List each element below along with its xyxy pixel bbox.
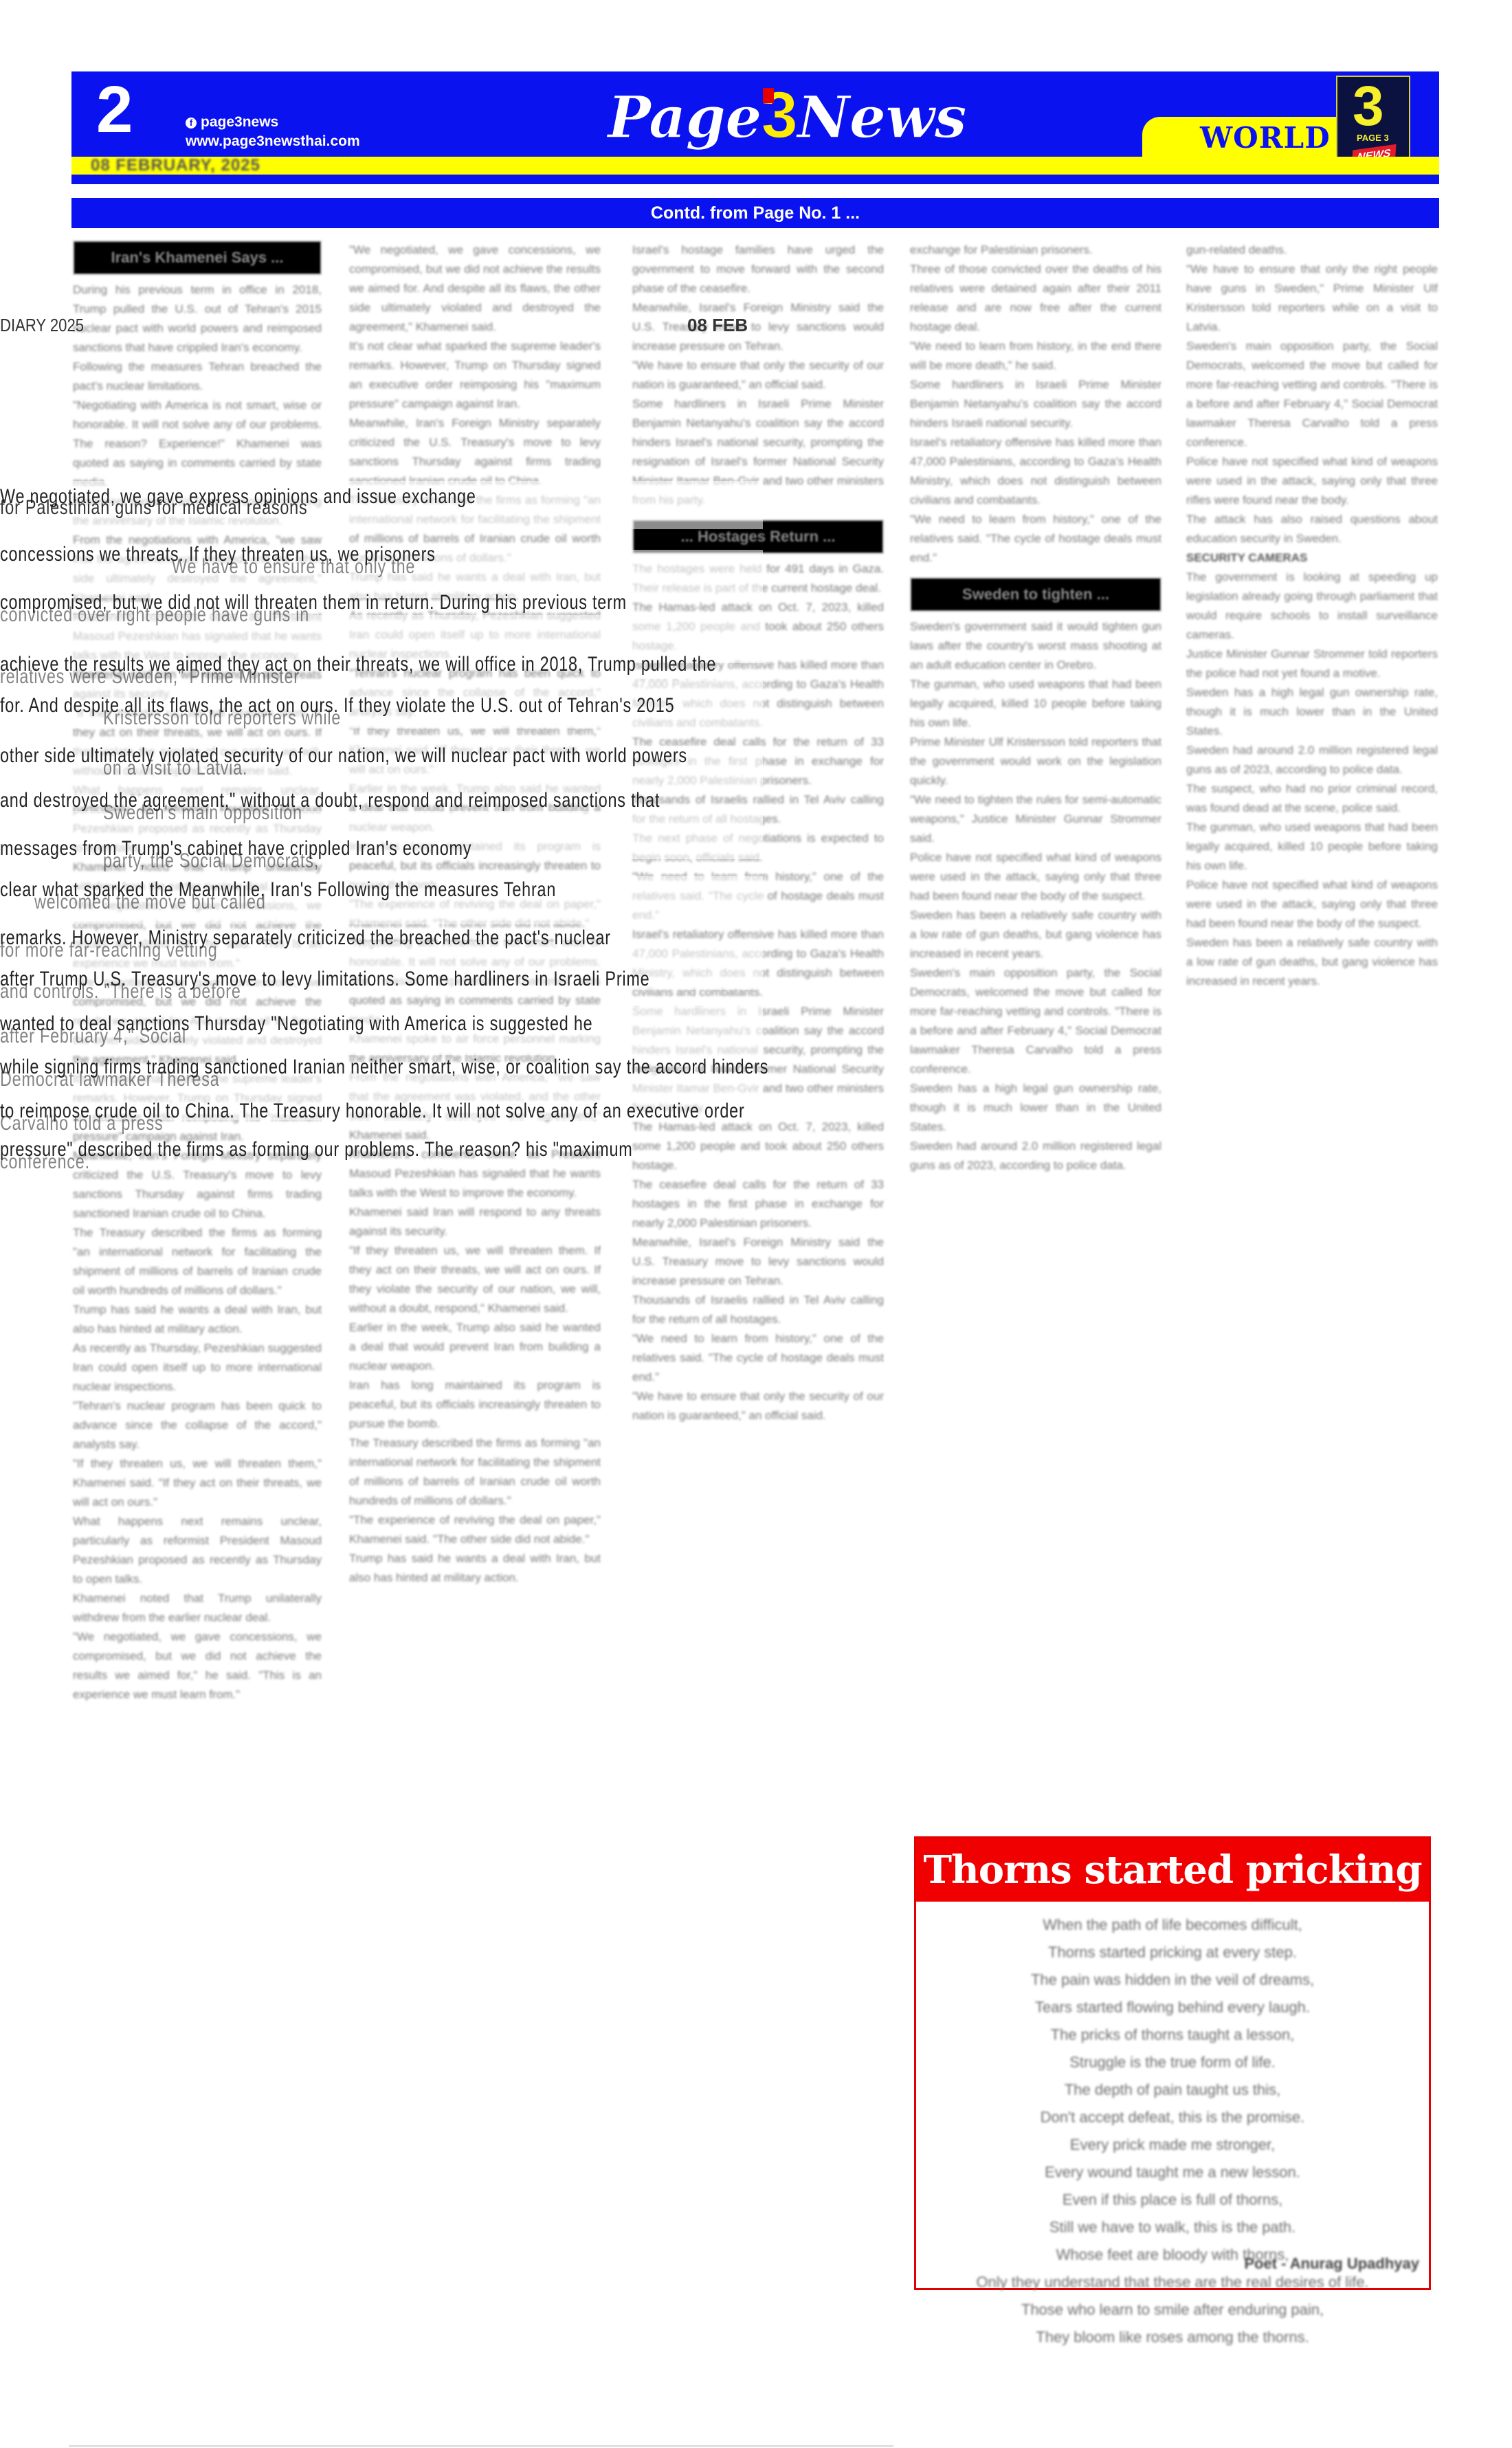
paragraph: What happens next remains unclear, parti… xyxy=(73,1512,322,1589)
poem-line: Only they understand that these are the … xyxy=(916,2269,1429,2296)
paragraph: "The experience of reviving the deal on … xyxy=(349,1511,601,1549)
poem-line: Don't accept defeat, this is the promise… xyxy=(916,2104,1429,2131)
subheading-security-cameras: SECURITY CAMERAS xyxy=(1186,548,1438,568)
paragraph: "We have to ensure that only the right p… xyxy=(1186,260,1438,337)
overlay-line: and destroyed the agreement," without a … xyxy=(0,790,660,811)
paragraph: Sweden has been a relatively safe countr… xyxy=(910,906,1161,964)
newspaper-logo: Page3News xyxy=(608,82,966,148)
paragraph: gun-related deaths. xyxy=(1186,241,1438,260)
paragraph: Sweden's main opposition party, the Soci… xyxy=(910,964,1161,1079)
paragraph: "We need to learn from history, in the e… xyxy=(910,337,1161,375)
facebook-handle[interactable]: page3news xyxy=(201,114,278,130)
facebook-line: fpage3news xyxy=(186,113,360,132)
section-header: Iran's Khamenei Says ... xyxy=(73,241,322,275)
section-header: Sweden to tighten ... xyxy=(910,577,1161,612)
poem-line: Even if this place is full of thorns, xyxy=(916,2186,1429,2214)
paragraph: The gunman, who used weapons that had be… xyxy=(910,675,1161,733)
overlapping-text-overlay: We negotiated, we gave express opinions … xyxy=(0,474,763,1168)
poem-line: Every prick made me stronger, xyxy=(916,2131,1429,2159)
logo-text-right: News xyxy=(797,83,966,151)
poem-line: The pain was hidden in the veil of dream… xyxy=(916,1966,1429,1994)
paragraph: Sweden has been a relatively safe countr… xyxy=(1186,933,1438,991)
poem-line: The pricks of thorns taught a lesson, xyxy=(916,2021,1429,2049)
logo-text-left: Page xyxy=(608,83,761,151)
overlay-line: welcomed the move but called xyxy=(34,892,266,913)
paragraph: Some hardliners in Israeli Prime Ministe… xyxy=(910,375,1161,433)
paragraph: Sweden has a high legal gun ownership ra… xyxy=(910,1079,1161,1137)
paragraph: Justice Minister Gunnar Strommer told re… xyxy=(1186,645,1438,683)
paragraph: "If they threaten us, we will threaten t… xyxy=(73,1454,322,1512)
overlay-line: Kristersson told reporters while xyxy=(103,708,341,728)
overlay-line: after February 4," Social xyxy=(0,1026,186,1047)
paragraph: Police have not specified what kind of w… xyxy=(1186,876,1438,933)
poem-box: Thorns started pricking When the path of… xyxy=(914,1836,1431,2290)
paragraph: The ceasefire deal calls for the return … xyxy=(632,1175,884,1233)
paragraph: Sweden's main opposition party, the Soci… xyxy=(1186,337,1438,452)
overlay-line: on a visit to Latvia. xyxy=(103,758,247,779)
paragraph: Israel's hostage families have urged the… xyxy=(632,241,884,298)
paragraph: Khamenei said Iran will respond to any t… xyxy=(349,1203,601,1241)
masthead: 2 fpage3news www.page3newsthai.com Page3… xyxy=(71,71,1439,184)
paragraph: Trump has said he wants a deal with Iran… xyxy=(73,1300,322,1339)
issue-date: 08 FEBRUARY, 2025 xyxy=(91,157,260,174)
poem-author: Poet - Anurag Upadhyay xyxy=(1244,2256,1419,2271)
overlay-line: We have to ensure that only the xyxy=(172,557,415,577)
page-number: 2 xyxy=(96,77,133,143)
overlay-line: conference. xyxy=(0,1152,90,1172)
facebook-icon: f xyxy=(186,118,197,129)
paragraph: The attack has also raised questions abo… xyxy=(1186,510,1438,548)
paragraph: The government is looking at speeding up… xyxy=(1186,568,1438,645)
overlay-line: for more far-reaching vetting xyxy=(0,940,218,961)
paragraph: Thousands of Israelis rallied in Tel Avi… xyxy=(632,1291,884,1329)
paragraph: Sweden had around 2.0 million registered… xyxy=(910,1137,1161,1175)
paragraph: Following the measures Tehran breached t… xyxy=(73,357,322,396)
paragraph: Police have not specified what kind of w… xyxy=(910,848,1161,906)
poem-line: Every wound taught me a new lesson. xyxy=(916,2159,1429,2186)
paragraph: Trump has said he wants a deal with Iran… xyxy=(349,1549,601,1588)
website-link[interactable]: www.page3newsthai.com xyxy=(186,132,360,151)
paragraph: Meanwhile, Israel's Foreign Ministry sai… xyxy=(632,1233,884,1291)
paragraph: Meanwhile, Israel's Foreign Ministry sai… xyxy=(632,298,884,356)
paragraph: Iran has long maintained its program is … xyxy=(349,1376,601,1434)
contact-block: fpage3news www.page3newsthai.com xyxy=(186,113,360,152)
paragraph: "We need to learn from history," one of … xyxy=(632,1329,884,1387)
article-column-5: gun-related deaths. "We have to ensure t… xyxy=(1186,241,1438,991)
paragraph: "Tehran's nuclear program has been quick… xyxy=(73,1397,322,1454)
paragraph: "We have to ensure that only the securit… xyxy=(632,1387,884,1425)
article-column-4: exchange for Palestinian prisoners. Thre… xyxy=(910,241,1161,1175)
paragraph: Sweden's government said it would tighte… xyxy=(910,617,1161,675)
overlay-line: pressure" described the firms as forming… xyxy=(0,1139,633,1160)
paragraph: It's not clear what sparked the supreme … xyxy=(349,337,601,414)
ghost-date-left: DIARY 2025 xyxy=(0,316,84,334)
overlay-line: Carvalho told a press xyxy=(0,1113,163,1134)
paragraph: exchange for Palestinian prisoners. xyxy=(910,241,1161,260)
date-strip: 08 FEBRUARY, 2025 xyxy=(71,157,1439,175)
paragraph: Earlier in the week, Trump also said he … xyxy=(349,1318,601,1376)
overlay-line: for Palestinian guns for medical reasons xyxy=(0,498,307,518)
poem-line: Struggle is the true form of life. xyxy=(916,2049,1429,2076)
poem-line: They bloom like roses among the thorns. xyxy=(916,2324,1429,2351)
paragraph: Prime Minister Ulf Kristersson told repo… xyxy=(910,733,1161,790)
paragraph: "We negotiated, we gave concessions, we … xyxy=(73,1627,322,1704)
paragraph: The Treasury described the firms as form… xyxy=(349,1434,601,1511)
overlay-line: Democrat lawmaker Theresa xyxy=(0,1069,219,1090)
paragraph: Three of those convicted over the deaths… xyxy=(910,260,1161,337)
paragraph: As recently as Thursday, Pezeshkian sugg… xyxy=(73,1339,322,1397)
badge-page: PAGE 3 xyxy=(1357,133,1389,142)
overlay-line: convicted over right people have guns in xyxy=(0,605,309,625)
logo-number: 3 xyxy=(761,78,797,152)
overlay-line: Sweden's main opposition xyxy=(103,803,302,823)
poem-line: The depth of pain taught us this, xyxy=(916,2076,1429,2104)
overlay-line: relatives were Sweden," Prime Minister xyxy=(0,667,300,687)
paragraph: "We have to ensure that only the securit… xyxy=(632,356,884,394)
section-label: WORLD xyxy=(1200,124,1331,153)
poem-line: Thorns started pricking at every step. xyxy=(916,1939,1429,1966)
continued-banner: Contd. from Page No. 1 ... xyxy=(71,198,1439,228)
paragraph: Sweden has a high legal gun ownership ra… xyxy=(1186,683,1438,741)
poem-title: Thorns started pricking xyxy=(916,1838,1429,1902)
poem-line: Still we have to walk, this is the path. xyxy=(916,2214,1429,2241)
overlay-line: and controls. "There is a before xyxy=(0,981,241,1002)
paragraph: The gunman, who used weapons that had be… xyxy=(1186,818,1438,876)
badge-number: 3 xyxy=(1353,78,1384,135)
paragraph: Israel's retaliatory offensive has kille… xyxy=(910,433,1161,510)
paragraph: The Treasury described the firms as form… xyxy=(73,1223,322,1300)
paragraph: "We need to learn from history," one of … xyxy=(910,510,1161,568)
paragraph: Sweden had around 2.0 million registered… xyxy=(1186,741,1438,779)
poem-line: Those who learn to smile after enduring … xyxy=(916,2296,1429,2324)
ghost-date-right: 08 FEB xyxy=(687,316,748,334)
poem-lines: When the path of life becomes difficult,… xyxy=(916,1902,1429,2351)
paragraph: "We negotiated, we gave concessions, we … xyxy=(349,241,601,337)
paragraph: Police have not specified what kind of w… xyxy=(1186,452,1438,510)
overlay-line: party, the Social Democrats, xyxy=(103,851,319,871)
paragraph: During his previous term in office in 20… xyxy=(73,280,322,357)
paragraph: "We need to tighten the rules for semi-a… xyxy=(910,790,1161,848)
section-tab: WORLD xyxy=(1142,117,1364,158)
page-bottom-rule xyxy=(69,2445,893,2447)
masthead-bottom-rule xyxy=(71,175,1439,181)
poem-line: When the path of life becomes difficult, xyxy=(916,1911,1429,1939)
poem-line: Tears started flowing behind every laugh… xyxy=(916,1994,1429,2021)
paragraph: Khamenei noted that Trump unilaterally w… xyxy=(73,1589,322,1627)
paragraph: The suspect, who had no prior criminal r… xyxy=(1186,779,1438,818)
paragraph: "If they threaten us, we will threaten t… xyxy=(349,1241,601,1318)
